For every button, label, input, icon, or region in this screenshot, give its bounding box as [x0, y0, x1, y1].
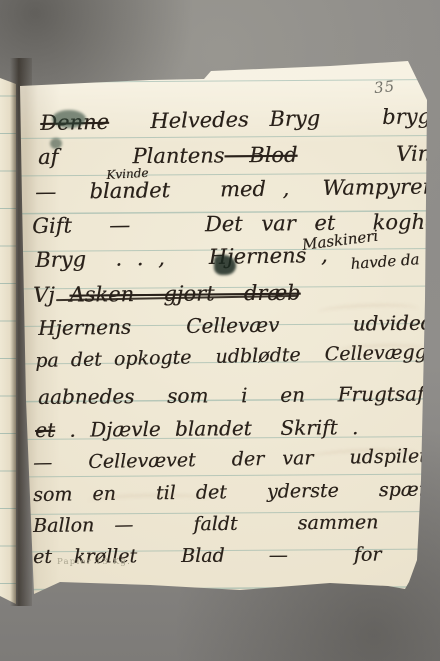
paper-weight-stamp: Papier 13 Kg. — [57, 557, 131, 567]
struck-text: Asken gjort dræb — [69, 281, 300, 307]
line-text: Vinen — [297, 141, 440, 166]
notebook-photo: 35 Denne Helvedes Bryg brygget af Plante… — [0, 0, 440, 661]
line-text: af Plantens — [38, 143, 225, 169]
line-text: Bryg . . , Hjernens , — [35, 243, 328, 272]
line-text: . Djævle blandet Skrift . — [55, 415, 359, 442]
line-text: Ballon — faldt sammen som — [33, 510, 440, 537]
handwriting-line: Vj Asken gjort dræb — [33, 281, 301, 307]
ink-smudge — [52, 110, 86, 128]
line-text: Gift — Det var et koghedt . — [32, 209, 440, 238]
line-text: aabnedes som i en Frugtsaft — [38, 382, 432, 409]
handwriting-line: af Plantens Blod Vinen — [38, 141, 440, 169]
struck-text: et — [35, 418, 55, 442]
handwriting-line: Bryg . . , Hjernens , — [35, 243, 328, 272]
ink-blot — [214, 255, 236, 275]
page-number: 35 — [373, 77, 396, 97]
ink-smudge-small — [50, 138, 62, 149]
line-text: Vj — [33, 283, 70, 307]
handwriting-line: Ballon — faldt sammen som — [33, 510, 440, 537]
struck-text: Blod — [224, 143, 297, 168]
handwriting-line: Gift — Det var et koghedt . — [32, 209, 440, 238]
notebook-page: 35 Denne Helvedes Bryg brygget af Plante… — [18, 54, 430, 599]
handwriting-line: aabnedes som i en Frugtsaft — [38, 382, 432, 409]
handwriting-line: et . Djævle blandet Skrift . — [35, 415, 358, 442]
